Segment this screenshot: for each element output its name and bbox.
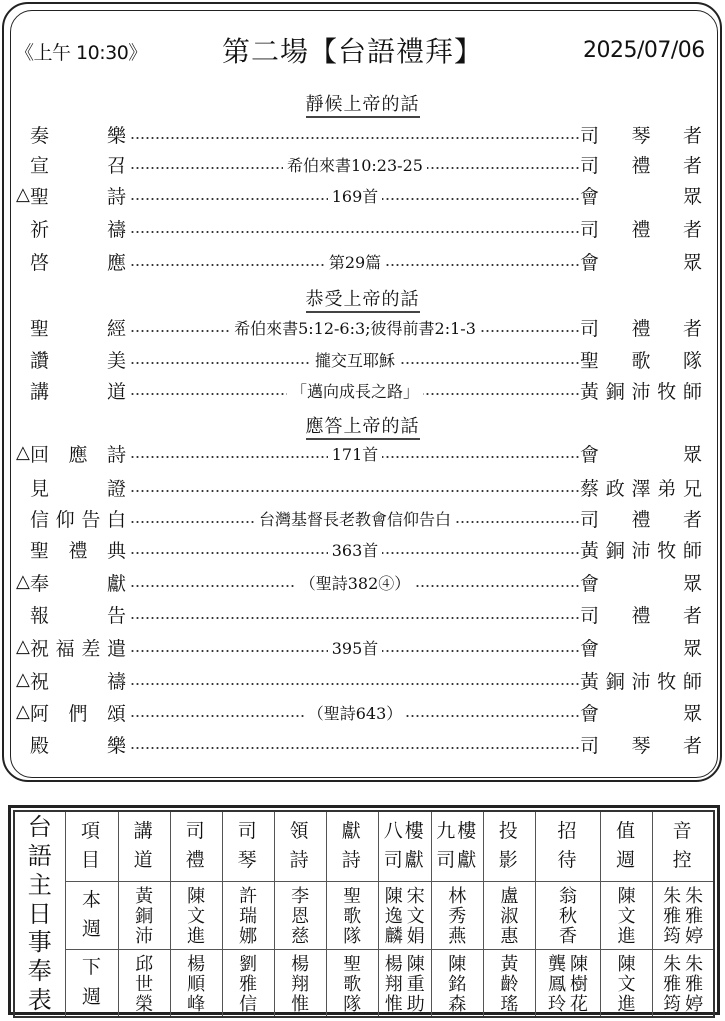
duty-roster-table: 台語主日事奉表項目講道司禮司琴領詩獻詩八樓司獻九樓司獻投影招待值週音控本週黃銅沛… <box>13 810 715 1018</box>
order-item: △回應詩171首會眾 <box>0 440 725 470</box>
order-item: △聖詩169首會眾 <box>0 182 725 212</box>
duty-person: 黃銅沛 <box>135 888 153 948</box>
order-item-label: 祝福差遣 <box>30 634 126 661</box>
order-item: 聖禮典363首黃銅沛牧師 <box>0 536 725 566</box>
order-item-detail: 395首 <box>130 636 580 659</box>
duty-name-cell: 許瑞娜 <box>222 881 274 949</box>
order-item-label: 奉獻 <box>30 569 126 596</box>
duty-person: 翁秋香 <box>559 888 577 948</box>
order-item-leader: 會眾 <box>580 699 702 726</box>
triangle-mark-icon: △ <box>16 636 30 657</box>
order-item-detail: 希伯來書10:23-25 <box>130 153 580 176</box>
dotted-leader <box>130 731 580 759</box>
duty-name-cell: 聖歌隊 <box>326 949 378 1017</box>
duty-column-header: 司禮 <box>170 811 222 881</box>
dotted-leader <box>130 667 580 695</box>
duty-column-header: 司琴 <box>222 811 274 881</box>
duty-person: 朱雅筠 <box>663 888 681 948</box>
order-item-label: 啓應 <box>30 248 126 275</box>
duty-name-cell: 陳文進 <box>601 881 653 949</box>
order-item-label: 回應詩 <box>30 440 126 467</box>
duty-person: 楊翔惟 <box>385 956 403 1016</box>
order-item: 見證蔡政澤弟兄 <box>0 474 725 504</box>
duty-column-header: 九樓司獻 <box>431 811 483 881</box>
duty-name-cell: 朱雅婷朱雅筠 <box>653 949 714 1017</box>
order-item-label: 聖禮典 <box>30 536 126 563</box>
order-item-leader: 會眾 <box>580 248 702 275</box>
duty-column-header: 領詩 <box>274 811 326 881</box>
triangle-mark-icon: △ <box>16 571 30 592</box>
order-item-leader: 司禮者 <box>580 505 702 532</box>
duty-name-cell: 陳文進 <box>601 949 653 1017</box>
order-item-leader: 會眾 <box>580 182 702 209</box>
duty-name-cell: 翁秋香 <box>535 881 600 949</box>
order-item-leader: 黃銅沛牧師 <box>580 667 702 694</box>
order-item: 報告司禮者 <box>0 601 725 631</box>
order-item-detail: 171首 <box>130 442 580 465</box>
duty-person: 劉雅信 <box>239 956 257 1016</box>
order-item-leader: 司琴者 <box>580 121 702 148</box>
dotted-leader <box>130 601 580 629</box>
triangle-mark-icon: △ <box>16 701 30 722</box>
duty-person: 陳樹花 <box>570 956 588 1016</box>
order-item: 啓應第29篇會眾 <box>0 248 725 278</box>
order-item-label: 報告 <box>30 601 126 628</box>
order-item-leader: 司琴者 <box>580 731 702 758</box>
duty-column-header: 八樓司獻 <box>378 811 431 881</box>
duty-name-cell: 黃齡瑤 <box>483 949 535 1017</box>
duty-person: 林秀燕 <box>448 888 466 948</box>
order-item-label: 讚美 <box>30 346 126 373</box>
order-item: 讚美攏交互耶穌聖歌隊 <box>0 346 725 376</box>
service-date: 2025/07/06 <box>583 38 705 63</box>
duty-person: 朱雅筠 <box>663 956 681 1016</box>
dotted-leader <box>130 215 580 243</box>
order-item: △奉獻（聖詩382④）會眾 <box>0 569 725 599</box>
order-item: 聖經希伯來書5:12-6:3;彼得前書2:1-3司禮者 <box>0 314 725 344</box>
duty-person: 聖歌隊 <box>343 888 361 948</box>
order-item-detail: 希伯來書5:12-6:3;彼得前書2:1-3 <box>130 316 580 339</box>
duty-person: 楊順峰 <box>187 956 205 1016</box>
duty-name-cell: 聖歌隊 <box>326 881 378 949</box>
dotted-leader <box>130 121 580 149</box>
duty-person: 陳文進 <box>618 956 636 1016</box>
duty-person: 陳重助 <box>407 956 425 1016</box>
order-item-detail: 攏交互耶穌 <box>130 348 580 371</box>
order-item-label: 聖經 <box>30 314 126 341</box>
order-item-label: 信仰告白 <box>30 505 126 532</box>
duty-person: 陳文進 <box>187 888 205 948</box>
order-item: △祝禱黃銅沛牧師 <box>0 667 725 697</box>
order-item-label: 講道 <box>30 377 126 404</box>
duty-name-cell: 朱雅婷朱雅筠 <box>653 881 714 949</box>
order-item-label: 聖詩 <box>30 182 126 209</box>
duty-person: 陳文進 <box>618 888 636 948</box>
duty-column-header: 音控 <box>653 811 714 881</box>
order-item-leader: 司禮者 <box>580 151 702 178</box>
duty-name-cell: 邱世榮 <box>118 949 170 1017</box>
duty-person: 許瑞娜 <box>239 888 257 948</box>
duty-name-cell: 陳重助楊翔惟 <box>378 949 431 1017</box>
duty-person: 盧淑惠 <box>500 888 518 948</box>
duty-person: 楊翔惟 <box>291 956 309 1016</box>
page-title: 第二場【台語禮拜】 <box>222 30 483 70</box>
order-item: 信仰告白台灣基督長老教會信仰告白司禮者 <box>0 505 725 535</box>
duty-name-cell: 楊順峰 <box>170 949 222 1017</box>
triangle-mark-icon: △ <box>16 442 30 463</box>
duty-name-cell: 劉雅信 <box>222 949 274 1017</box>
order-item: 殿樂司琴者 <box>0 731 725 761</box>
section-title-receiving: 恭受上帝的話 <box>0 285 725 311</box>
duty-name-cell: 黃銅沛 <box>118 881 170 949</box>
order-item-detail: （聖詩382④） <box>130 571 580 594</box>
order-item: 講道「邁向成長之路」黃銅沛牧師 <box>0 377 725 407</box>
order-item-label: 見證 <box>30 474 126 501</box>
duty-column-header: 投影 <box>483 811 535 881</box>
section-title-responding: 應答上帝的話 <box>0 412 725 438</box>
order-item-detail: 「邁向成長之路」 <box>130 379 580 402</box>
section-title-waiting: 靜候上帝的話 <box>0 90 725 116</box>
duty-person: 龔鳳玲 <box>548 956 566 1016</box>
duty-name-cell: 陳銘森 <box>431 949 483 1017</box>
duty-person: 宋文娟 <box>407 888 425 948</box>
duty-name-cell: 陳樹花龔鳳玲 <box>535 949 600 1017</box>
duty-person: 邱世榮 <box>135 956 153 1016</box>
order-item-leader: 司禮者 <box>580 601 702 628</box>
service-time: 《上午 10:30》 <box>15 38 147 65</box>
order-item-leader: 司禮者 <box>580 314 702 341</box>
order-item-leader: 會眾 <box>580 440 702 467</box>
order-item-label: 祝禱 <box>30 667 126 694</box>
order-item-label: 祈禱 <box>30 215 126 242</box>
order-item-label: 宣召 <box>30 151 126 178</box>
duty-person: 朱雅婷 <box>685 956 703 1016</box>
dotted-leader <box>130 474 580 502</box>
order-item: △祝福差遣395首會眾 <box>0 634 725 664</box>
duty-roster-title: 台語主日事奉表 <box>14 811 65 1017</box>
this-week-label: 本週 <box>65 881 118 949</box>
order-item-leader: 司禮者 <box>580 215 702 242</box>
duty-name-cell: 李恩慈 <box>274 881 326 949</box>
duty-name-cell: 林秀燕 <box>431 881 483 949</box>
duty-name-cell: 宋文娟陳逸麟 <box>378 881 431 949</box>
order-item-label: 奏樂 <box>30 121 126 148</box>
triangle-mark-icon: △ <box>16 669 30 690</box>
order-item: 奏樂司琴者 <box>0 121 725 151</box>
next-week-label: 下週 <box>65 949 118 1017</box>
order-item: 祈禱司禮者 <box>0 215 725 245</box>
order-item-leader: 聖歌隊 <box>580 346 702 373</box>
order-item-leader: 會眾 <box>580 569 702 596</box>
duty-person: 聖歌隊 <box>343 956 361 1016</box>
duty-column-header: 招待 <box>535 811 600 881</box>
duty-roster: 台語主日事奉表項目講道司禮司琴領詩獻詩八樓司獻九樓司獻投影招待值週音控本週黃銅沛… <box>8 805 720 1015</box>
order-item-leader: 蔡政澤弟兄 <box>580 474 702 501</box>
duty-column-header: 獻詩 <box>326 811 378 881</box>
order-item-detail: （聖詩643） <box>130 701 580 724</box>
duty-column-header: 值週 <box>601 811 653 881</box>
duty-column-header: 講道 <box>118 811 170 881</box>
duty-name-cell: 盧淑惠 <box>483 881 535 949</box>
order-item-leader: 會眾 <box>580 634 702 661</box>
order-item-detail: 363首 <box>130 538 580 561</box>
duty-person: 陳銘森 <box>448 956 466 1016</box>
duty-person: 李恩慈 <box>291 888 309 948</box>
order-item-detail: 第29篇 <box>130 250 580 273</box>
triangle-mark-icon: △ <box>16 184 30 205</box>
order-item: 宣召希伯來書10:23-25司禮者 <box>0 151 725 181</box>
order-item-label: 阿們頌 <box>30 699 126 726</box>
order-item-leader: 黃銅沛牧師 <box>580 377 702 404</box>
order-item: △阿們頌（聖詩643）會眾 <box>0 699 725 729</box>
duty-name-cell: 楊翔惟 <box>274 949 326 1017</box>
order-item-detail: 169首 <box>130 184 580 207</box>
duty-person: 朱雅婷 <box>685 888 703 948</box>
duty-person: 黃齡瑤 <box>500 956 518 1016</box>
duty-name-cell: 陳文進 <box>170 881 222 949</box>
order-item-label: 殿樂 <box>30 731 126 758</box>
order-item-detail: 台灣基督長老教會信仰告白 <box>130 507 580 530</box>
item-header: 項目 <box>65 811 118 881</box>
duty-person: 陳逸麟 <box>385 888 403 948</box>
order-item-leader: 黃銅沛牧師 <box>580 536 702 563</box>
